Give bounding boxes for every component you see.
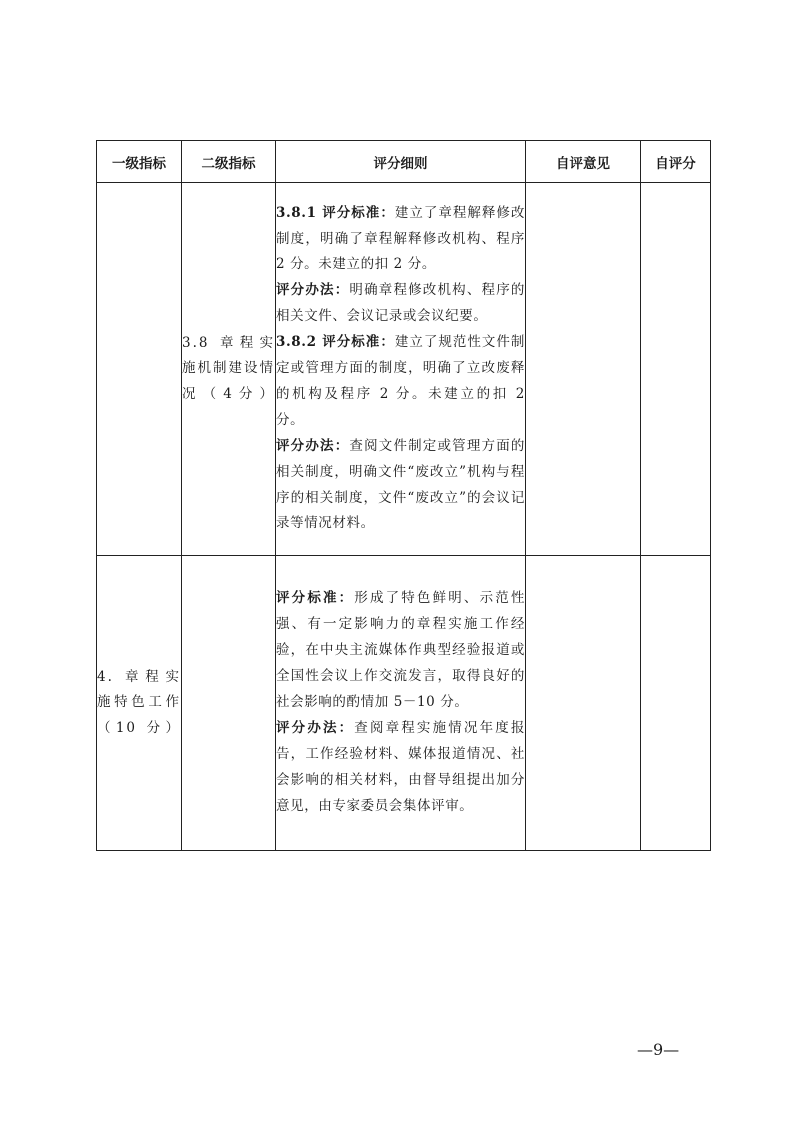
header-self-opinion: 自评意见	[526, 141, 641, 183]
page-number: —9—	[637, 1040, 679, 1059]
header-level2: 二级指标	[182, 141, 276, 183]
rule-paragraph: 评分办法：查阅文件制定或管理方面的相关制度，明确文件“废改立”机构与程序的相关制…	[276, 434, 525, 538]
self-score-cell[interactable]	[641, 556, 711, 851]
rules-cell: 3.8.1 评分标准：建立了章程解释修改制度，明确了章程解释修改机构、程序 2 …	[276, 183, 526, 556]
self-opinion-cell[interactable]	[526, 183, 641, 556]
table-header-row: 一级指标 二级指标 评分细则 自评意见 自评分	[97, 141, 711, 183]
level2-cell	[182, 556, 276, 851]
header-level1: 一级指标	[97, 141, 182, 183]
rule-paragraph: 评分标准：形成了特色鲜明、示范性强、有一定影响力的章程实施工作经验，在中央主流媒…	[276, 586, 525, 716]
evaluation-table: 一级指标 二级指标 评分细则 自评意见 自评分 3.8 章程实施机制建设情况（4…	[96, 140, 711, 851]
table-row: 4. 章程实施特色工作（10 分） 评分标准：形成了特色鲜明、示范性强、有一定影…	[97, 556, 711, 851]
rule-paragraph: 评分办法：明确章程修改机构、程序的相关文件、会议记录或会议纪要。	[276, 278, 525, 330]
level1-cell	[97, 183, 182, 556]
level2-text: 3.8 章程实施机制建设情况（4分）	[182, 331, 275, 408]
header-rules: 评分细则	[276, 141, 526, 183]
header-self-score: 自评分	[641, 141, 711, 183]
rule-paragraph: 3.8.2 评分标准：建立了规范性文件制定或管理方面的制度，明确了立改废释的机构…	[276, 330, 525, 434]
rules-cell: 评分标准：形成了特色鲜明、示范性强、有一定影响力的章程实施工作经验，在中央主流媒…	[276, 556, 526, 851]
rule-paragraph: 3.8.1 评分标准：建立了章程解释修改制度，明确了章程解释修改机构、程序 2 …	[276, 201, 525, 279]
self-opinion-cell[interactable]	[526, 556, 641, 851]
table-row: 3.8 章程实施机制建设情况（4分） 3.8.1 评分标准：建立了章程解释修改制…	[97, 183, 711, 556]
level1-text: 4. 章程实施特色工作（10 分）	[97, 665, 181, 742]
rule-paragraph: 评分办法：查阅章程实施情况年度报告，工作经验材料、媒体报道情况、社会影响的相关材…	[276, 716, 525, 820]
level2-cell: 3.8 章程实施机制建设情况（4分）	[182, 183, 276, 556]
level1-cell: 4. 章程实施特色工作（10 分）	[97, 556, 182, 851]
self-score-cell[interactable]	[641, 183, 711, 556]
